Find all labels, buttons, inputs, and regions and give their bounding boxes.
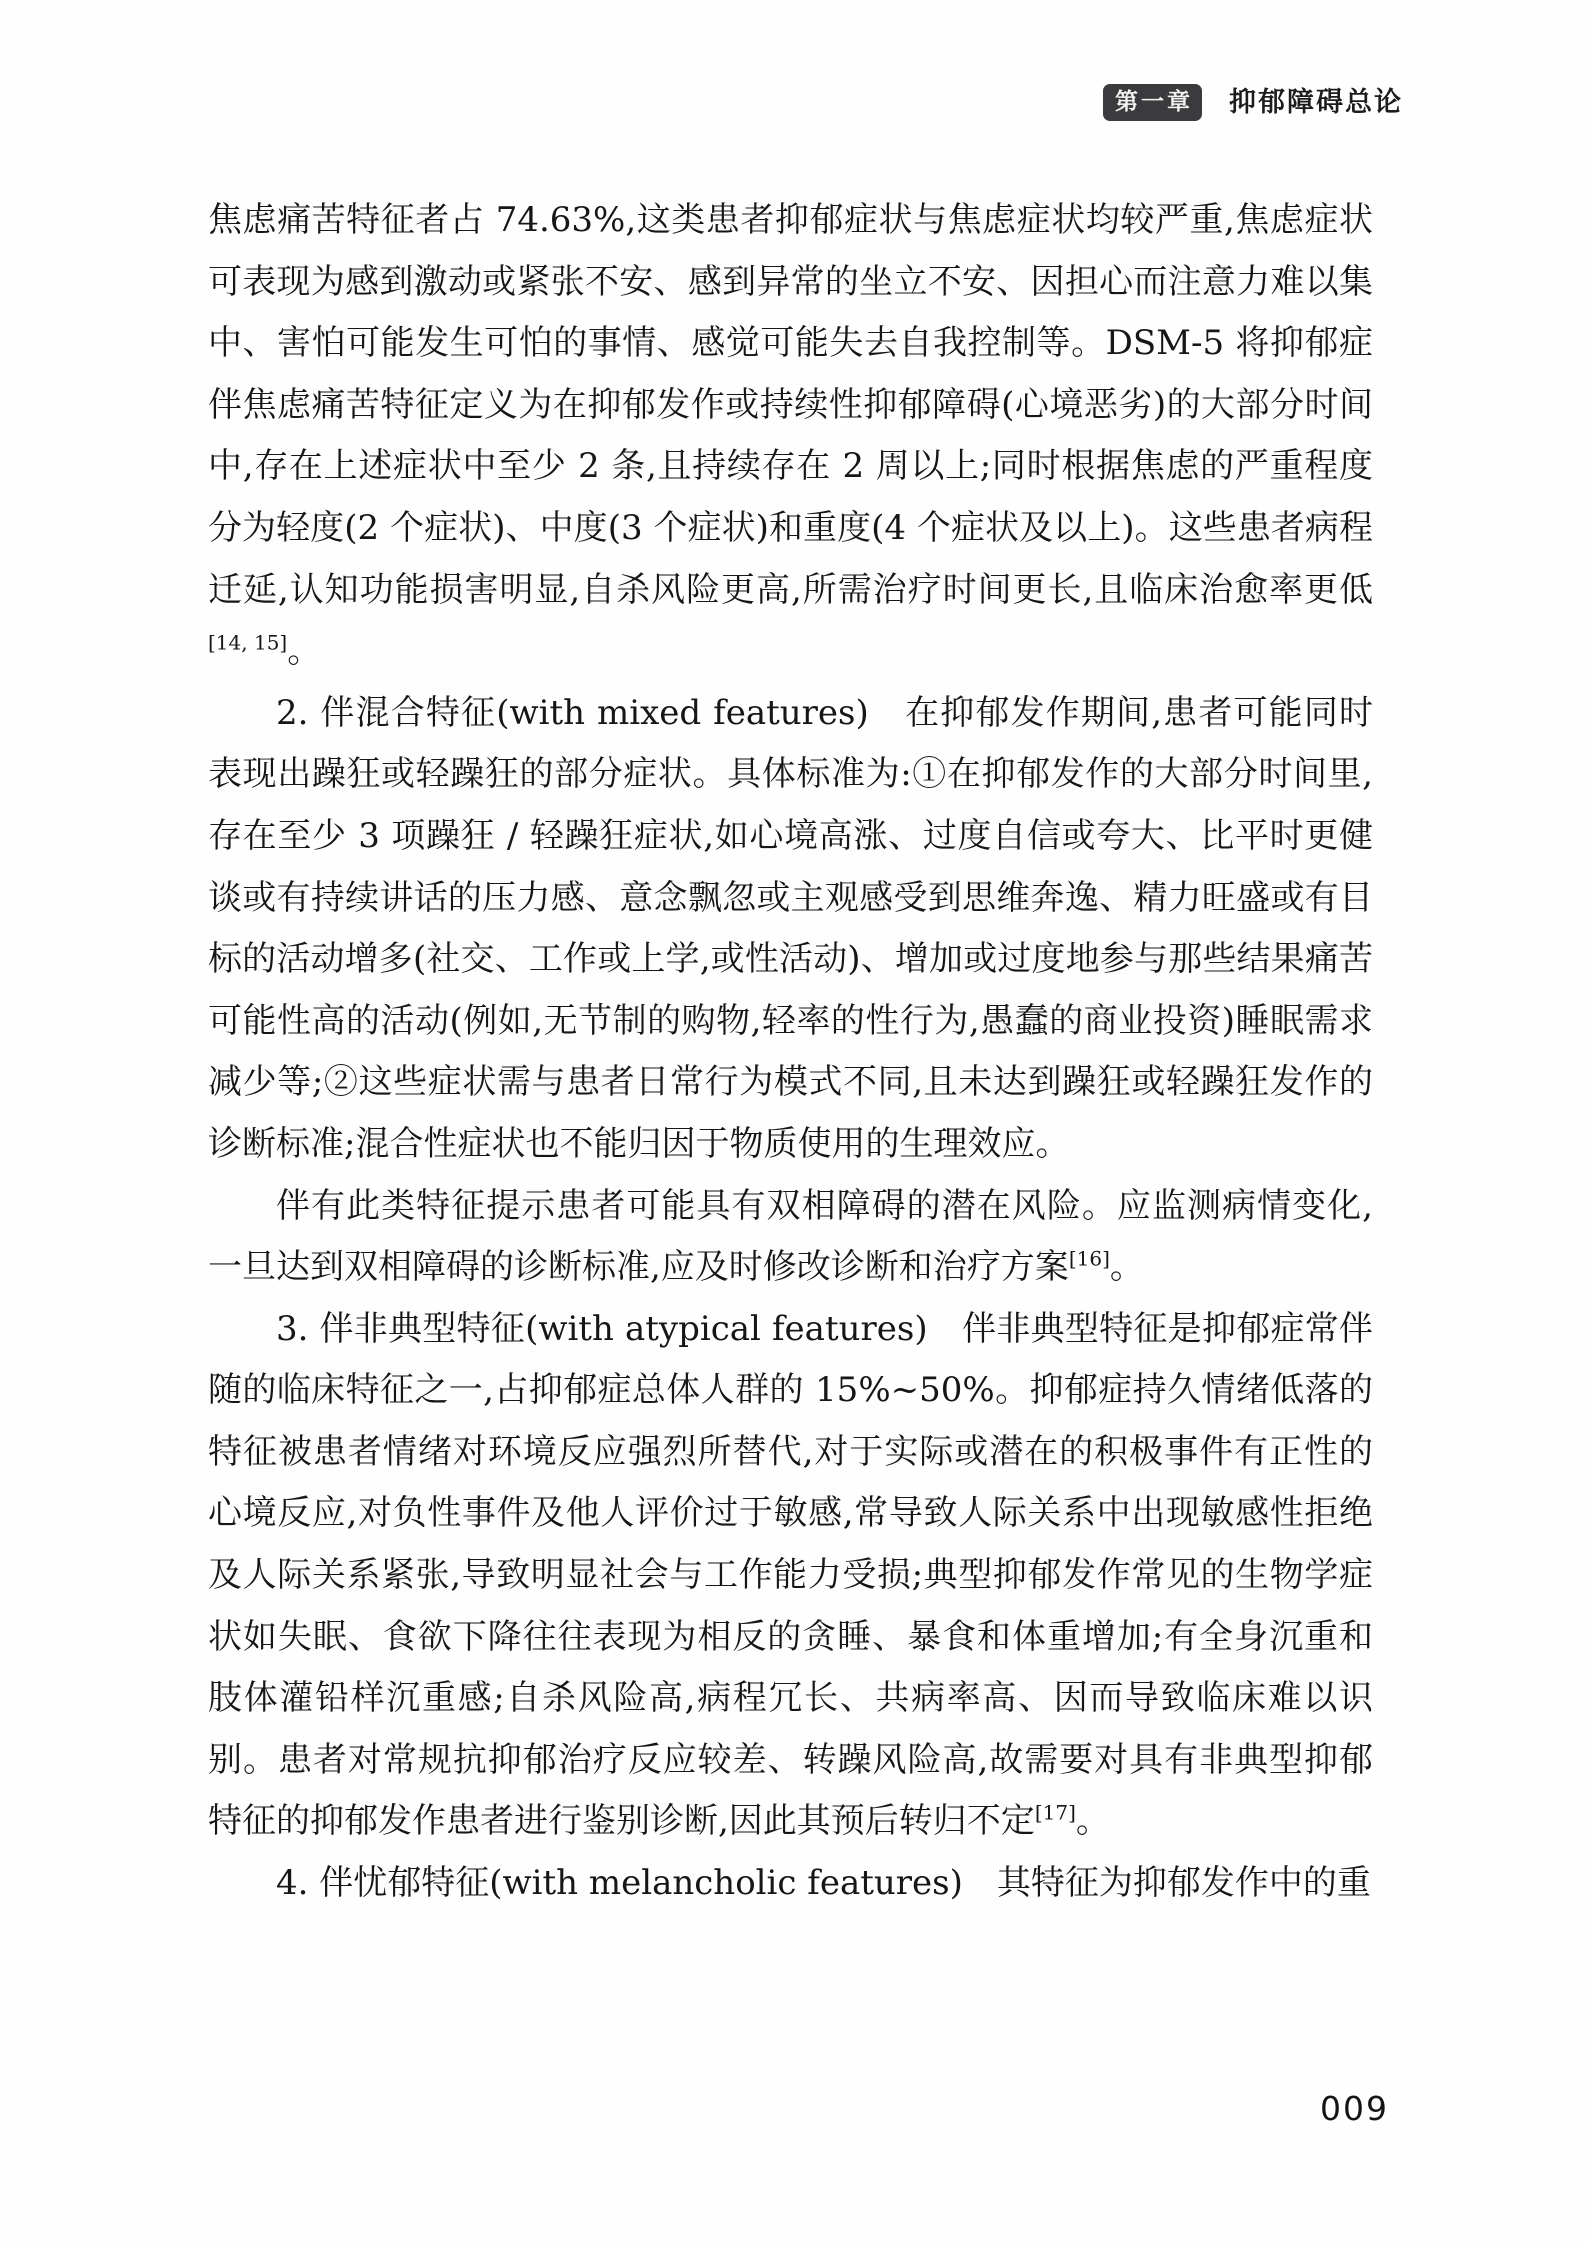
page-number: 009 — [1320, 2092, 1389, 2125]
running-head: 第一章 抑郁障碍总论 — [1103, 84, 1403, 121]
paragraph: 焦虑痛苦特征者占 74.63%,这类患者抑郁症状与焦虑症状均较严重,焦虑症状可表… — [208, 190, 1373, 683]
paragraph: 3. 伴非典型特征(with atypical features) 伴非典型特征… — [208, 1299, 1373, 1853]
paragraph: 2. 伴混合特征(with mixed features) 在抑郁发作期间,患者… — [208, 683, 1373, 1176]
citation-ref: [16] — [1069, 1247, 1110, 1271]
citation-ref: [17] — [1035, 1801, 1076, 1825]
chapter-badge: 第一章 — [1103, 84, 1202, 121]
citation-ref: [14, 15] — [208, 631, 287, 655]
book-page: 第一章 抑郁障碍总论 焦虑痛苦特征者占 74.63%,这类患者抑郁症状与焦虑症状… — [0, 0, 1587, 2243]
chapter-title: 抑郁障碍总论 — [1229, 89, 1403, 116]
paragraph: 伴有此类特征提示患者可能具有双相障碍的潜在风险。应监测病情变化,一旦达到双相障碍… — [208, 1176, 1373, 1299]
paragraph: 4. 伴忧郁特征(with melancholic features) 其特征为… — [208, 1853, 1373, 1915]
body-text: 焦虑痛苦特征者占 74.63%,这类患者抑郁症状与焦虑症状均较严重,焦虑症状可表… — [208, 190, 1373, 1915]
